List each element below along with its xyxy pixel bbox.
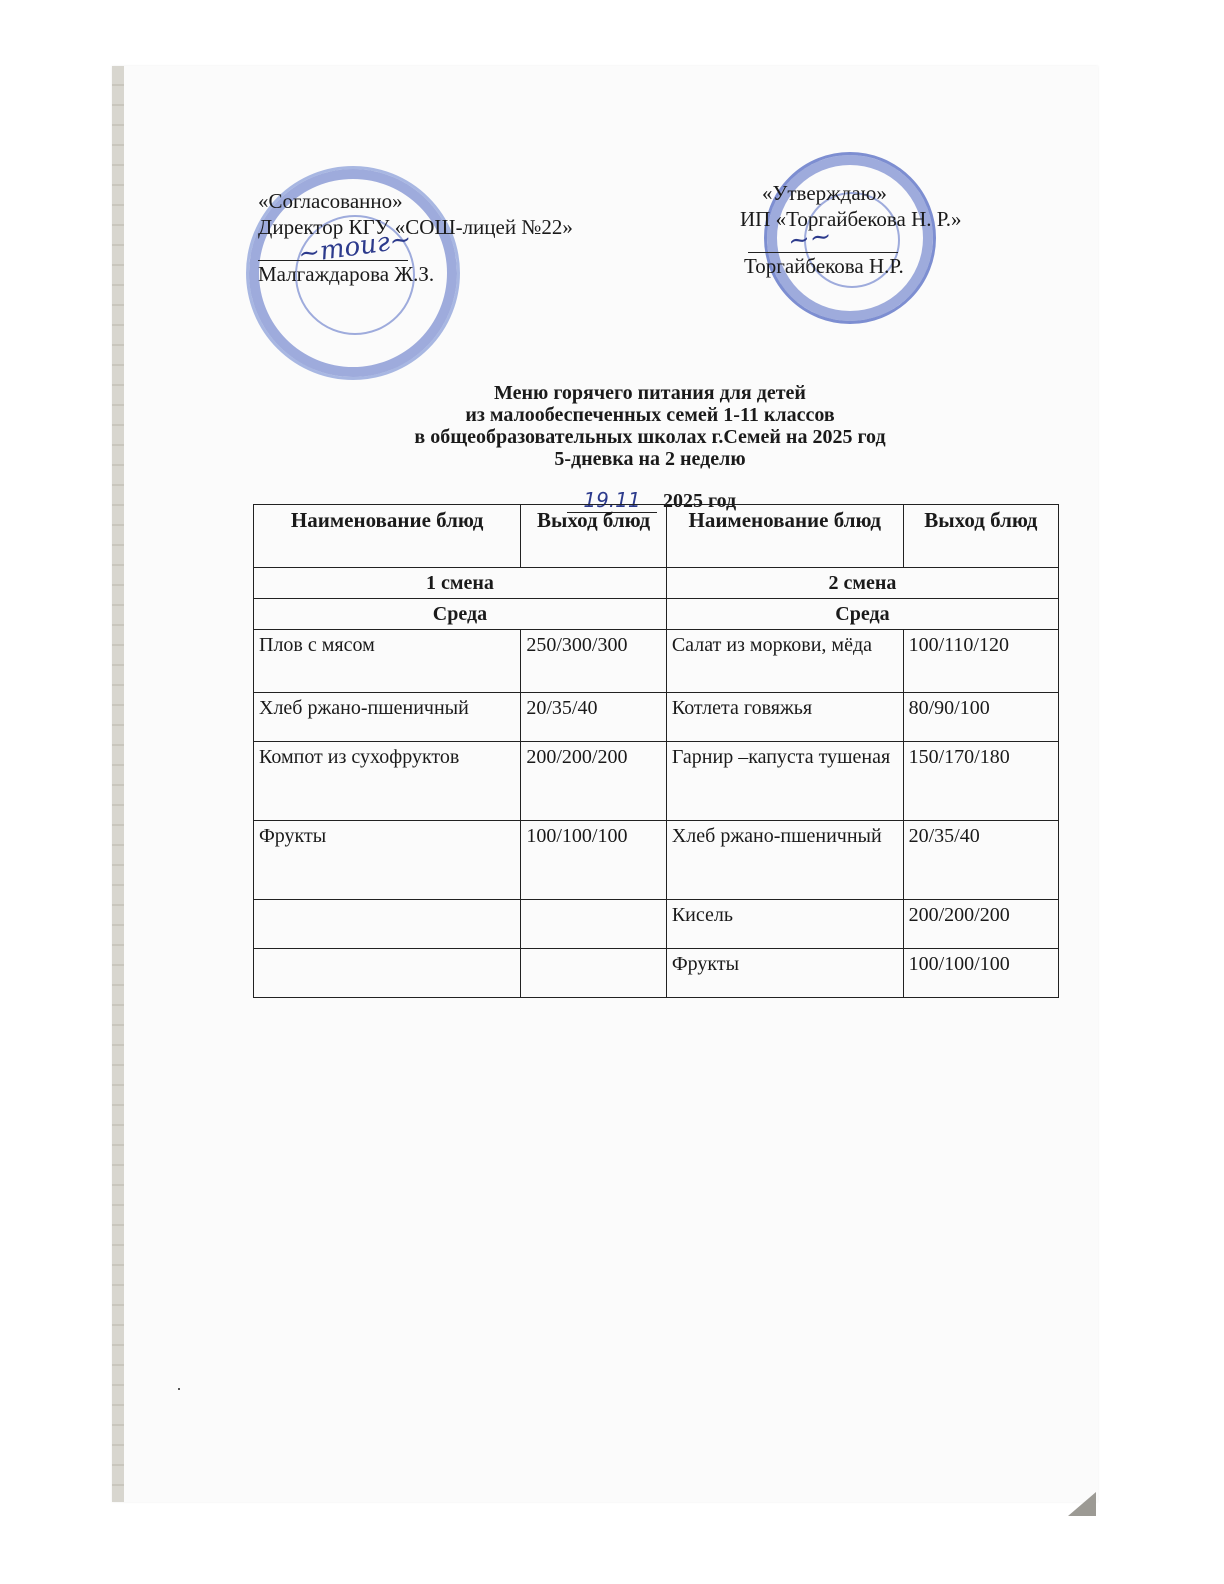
shift-2-label: 2 смена bbox=[666, 568, 1058, 599]
yield-cell: 20/35/40 bbox=[521, 693, 667, 742]
approval-heading: «Согласованно» bbox=[258, 188, 573, 214]
title-line-3: в общеобразовательных школах г.Семей на … bbox=[300, 426, 1000, 448]
table-row: Плов с мясом 250/300/300 Салат из морков… bbox=[254, 630, 1059, 693]
dish-cell: Салат из моркови, мёда bbox=[666, 630, 903, 693]
table-row: Фрукты 100/100/100 bbox=[254, 949, 1059, 998]
shift-1-label: 1 смена bbox=[254, 568, 667, 599]
day-2-label: Среда bbox=[666, 599, 1058, 630]
signature-line: ~~ bbox=[748, 232, 898, 253]
yield-cell bbox=[521, 900, 667, 949]
table-row: Фрукты 100/100/100 Хлеб ржано-пшеничный … bbox=[254, 821, 1059, 900]
speck bbox=[178, 1388, 180, 1390]
menu-table: Наименование блюд Выход блюд Наименовани… bbox=[253, 504, 1059, 998]
shift-row: 1 смена 2 смена bbox=[254, 568, 1059, 599]
table-row: Кисель 200/200/200 bbox=[254, 900, 1059, 949]
dish-cell: Котлета говяжья bbox=[666, 693, 903, 742]
title-line-4: 5-дневка на 2 неделю bbox=[300, 448, 1000, 470]
header-yield-1: Выход блюд bbox=[521, 505, 667, 568]
table-row: Хлеб ржано-пшеничный 20/35/40 Котлета го… bbox=[254, 693, 1059, 742]
approval-block-left: «Согласованно» Директор КГУ «СОШ-лицей №… bbox=[258, 188, 573, 287]
yield-cell: 100/110/120 bbox=[903, 630, 1058, 693]
dish-cell: Компот из сухофруктов bbox=[254, 742, 521, 821]
dish-cell: Фрукты bbox=[666, 949, 903, 998]
header-yield-2: Выход блюд bbox=[903, 505, 1058, 568]
title-line-2: из малообеспеченных семей 1-11 классов bbox=[300, 404, 1000, 426]
dish-cell bbox=[254, 900, 521, 949]
dish-cell: Плов с мясом bbox=[254, 630, 521, 693]
day-row: Среда Среда bbox=[254, 599, 1059, 630]
dish-cell: Фрукты bbox=[254, 821, 521, 900]
title-line-1: Меню горячего питания для детей bbox=[300, 382, 1000, 404]
approval-position: ИП «Торгайбекова Н. Р.» bbox=[740, 206, 962, 232]
signature-line: ~тоиг~ bbox=[258, 240, 408, 261]
paper-edge bbox=[112, 66, 124, 1502]
table-row: Компот из сухофруктов 200/200/200 Гарнир… bbox=[254, 742, 1059, 821]
yield-cell: 80/90/100 bbox=[903, 693, 1058, 742]
approval-heading: «Утверждаю» bbox=[740, 180, 962, 206]
yield-cell: 100/100/100 bbox=[903, 949, 1058, 998]
dish-cell: Гарнир –капуста тушеная bbox=[666, 742, 903, 821]
approval-position: Директор КГУ «СОШ-лицей №22» bbox=[258, 214, 573, 240]
dish-cell bbox=[254, 949, 521, 998]
dish-cell: Кисель bbox=[666, 900, 903, 949]
header-row: Наименование блюд Выход блюд Наименовани… bbox=[254, 505, 1059, 568]
yield-cell bbox=[521, 949, 667, 998]
approval-name: Торгайбекова Н.Р. bbox=[740, 253, 962, 279]
yield-cell: 250/300/300 bbox=[521, 630, 667, 693]
approval-block-right: «Утверждаю» ИП «Торгайбекова Н. Р.» ~~ Т… bbox=[740, 180, 962, 279]
yield-cell: 100/100/100 bbox=[521, 821, 667, 900]
yield-cell: 150/170/180 bbox=[903, 742, 1058, 821]
yield-cell: 200/200/200 bbox=[521, 742, 667, 821]
yield-cell: 200/200/200 bbox=[903, 900, 1058, 949]
day-1-label: Среда bbox=[254, 599, 667, 630]
dish-cell: Хлеб ржано-пшеничный bbox=[254, 693, 521, 742]
document-title: Меню горячего питания для детей из малоо… bbox=[300, 382, 1000, 470]
folded-corner bbox=[1068, 1492, 1096, 1516]
yield-cell: 20/35/40 bbox=[903, 821, 1058, 900]
signature: ~~ bbox=[786, 223, 833, 255]
header-dish-1: Наименование блюд bbox=[254, 505, 521, 568]
dish-cell: Хлеб ржано-пшеничный bbox=[666, 821, 903, 900]
header-dish-2: Наименование блюд bbox=[666, 505, 903, 568]
